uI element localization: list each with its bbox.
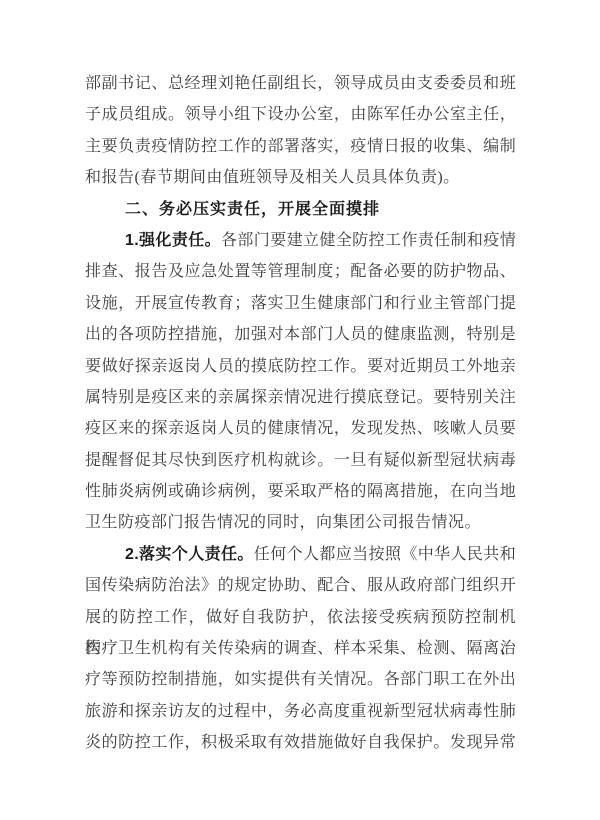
- line-text: 各部门要建立健全防控工作责任制和疫情: [221, 232, 516, 249]
- text-line: 1.强化责任。各部门要建立健全防控工作责任制和疫情: [85, 225, 516, 256]
- text-line: 展的防控工作，做好自我防护，依法接受疾病预防控制机构、: [85, 602, 516, 633]
- text-line: 出的各项防控措施，加强对本部门人员的健康监测，特别是: [85, 319, 516, 350]
- paragraph-lead-bold: 2.落实个人责任。: [125, 546, 254, 563]
- text-line: 要做好探亲返岗人员的摸底防控工作。要对近期员工外地亲: [85, 351, 516, 382]
- text-line: 排查、报告及应急处置等管理制度；配备必要的防护物品、: [85, 256, 516, 287]
- line-text: 旅游和探亲访友的过程中，务必高度重视新型冠状病毒性肺: [85, 703, 516, 720]
- heading-text: 二、务必压实责任，开展全面摸排: [125, 201, 380, 218]
- line-text: 属特别是疫区来的亲属探亲情况进行摸底登记。要特别关注: [85, 389, 516, 406]
- text-line: 性肺炎病例或确诊病例，要采取严格的隔离措施，在向当地: [85, 476, 516, 507]
- line-text: 出的各项防控措施，加强对本部门人员的健康监测，特别是: [85, 326, 516, 343]
- line-text: 疫区来的探亲返岗人员的健康情况，发现发热、咳嗽人员要: [85, 420, 516, 437]
- line-text: 部副书记、总经理刘艳任副组长，领导成员由支委委员和班: [85, 75, 516, 92]
- line-text: 国传染病防治法》的规定协助、配合、服从政府部门组织开: [85, 577, 516, 594]
- line-text: 要做好探亲返岗人员的摸底防控工作。要对近期员工外地亲: [85, 358, 516, 375]
- line-text: 子成员组成。领导小组下设办公室，由陈军任办公室主任，: [85, 106, 516, 123]
- text-line: 疗等预防控制措施，如实提供有关情况。各部门职工在外出: [85, 664, 516, 695]
- line-text: 任何个人都应当按照《中华人民共和: [254, 546, 516, 563]
- line-text: 卫生防疫部门报告情况的同时，向集团公司报告情况。: [85, 514, 481, 531]
- line-text: 和报告(春节期间由值班领导及相关人员具体负责)。: [85, 169, 460, 186]
- line-text: 主要负责疫情防控工作的部署落实，疫情日报的收集、编制: [85, 138, 516, 155]
- document-page: 部副书记、总经理刘艳任副组长，领导成员由支委委员和班 子成员组成。领导小组下设办…: [0, 0, 600, 820]
- line-text: 医疗卫生机构有关传染病的调查、样本采集、检测、隔离治: [85, 640, 516, 657]
- paragraph-lead-bold: 1.强化责任。: [125, 232, 221, 249]
- text-line: 主要负责疫情防控工作的部署落实，疫情日报的收集、编制: [85, 131, 516, 162]
- text-line: 提醒督促其尽快到医疗机构就诊。一旦有疑似新型冠状病毒: [85, 445, 516, 476]
- text-line: 子成员组成。领导小组下设办公室，由陈军任办公室主任，: [85, 99, 516, 130]
- line-text: 炎的防控工作，积极采取有效措施做好自我保护。发现异常: [85, 734, 516, 751]
- section-heading: 二、务必压实责任，开展全面摸排: [85, 194, 516, 225]
- text-line: 旅游和探亲访友的过程中，务必高度重视新型冠状病毒性肺: [85, 696, 516, 727]
- line-text: 设施，开展宣传教育；落实卫生健康部门和行业主管部门提: [85, 295, 516, 312]
- text-line: 疫区来的探亲返岗人员的健康情况，发现发热、咳嗽人员要: [85, 413, 516, 444]
- text-line: 属特别是疫区来的亲属探亲情况进行摸底登记。要特别关注: [85, 382, 516, 413]
- text-line: 部副书记、总经理刘艳任副组长，领导成员由支委委员和班: [85, 68, 516, 99]
- text-line: 炎的防控工作，积极采取有效措施做好自我保护。发现异常: [85, 727, 516, 758]
- text-line: 医疗卫生机构有关传染病的调查、样本采集、检测、隔离治: [85, 633, 516, 664]
- text-line: 设施，开展宣传教育；落实卫生健康部门和行业主管部门提: [85, 288, 516, 319]
- text-line: 卫生防疫部门报告情况的同时，向集团公司报告情况。: [85, 507, 516, 538]
- line-text: 性肺炎病例或确诊病例，要采取严格的隔离措施，在向当地: [85, 483, 516, 500]
- text-line: 和报告(春节期间由值班领导及相关人员具体负责)。: [85, 162, 516, 193]
- text-line: 国传染病防治法》的规定协助、配合、服从政府部门组织开: [85, 570, 516, 601]
- text-line: 2.落实个人责任。任何个人都应当按照《中华人民共和: [85, 539, 516, 570]
- line-text: 提醒督促其尽快到医疗机构就诊。一旦有疑似新型冠状病毒: [85, 452, 516, 469]
- line-text: 疗等预防控制措施，如实提供有关情况。各部门职工在外出: [85, 671, 516, 688]
- document-body: 部副书记、总经理刘艳任副组长，领导成员由支委委员和班 子成员组成。领导小组下设办…: [85, 68, 516, 759]
- line-text: 排查、报告及应急处置等管理制度；配备必要的防护物品、: [85, 263, 516, 280]
